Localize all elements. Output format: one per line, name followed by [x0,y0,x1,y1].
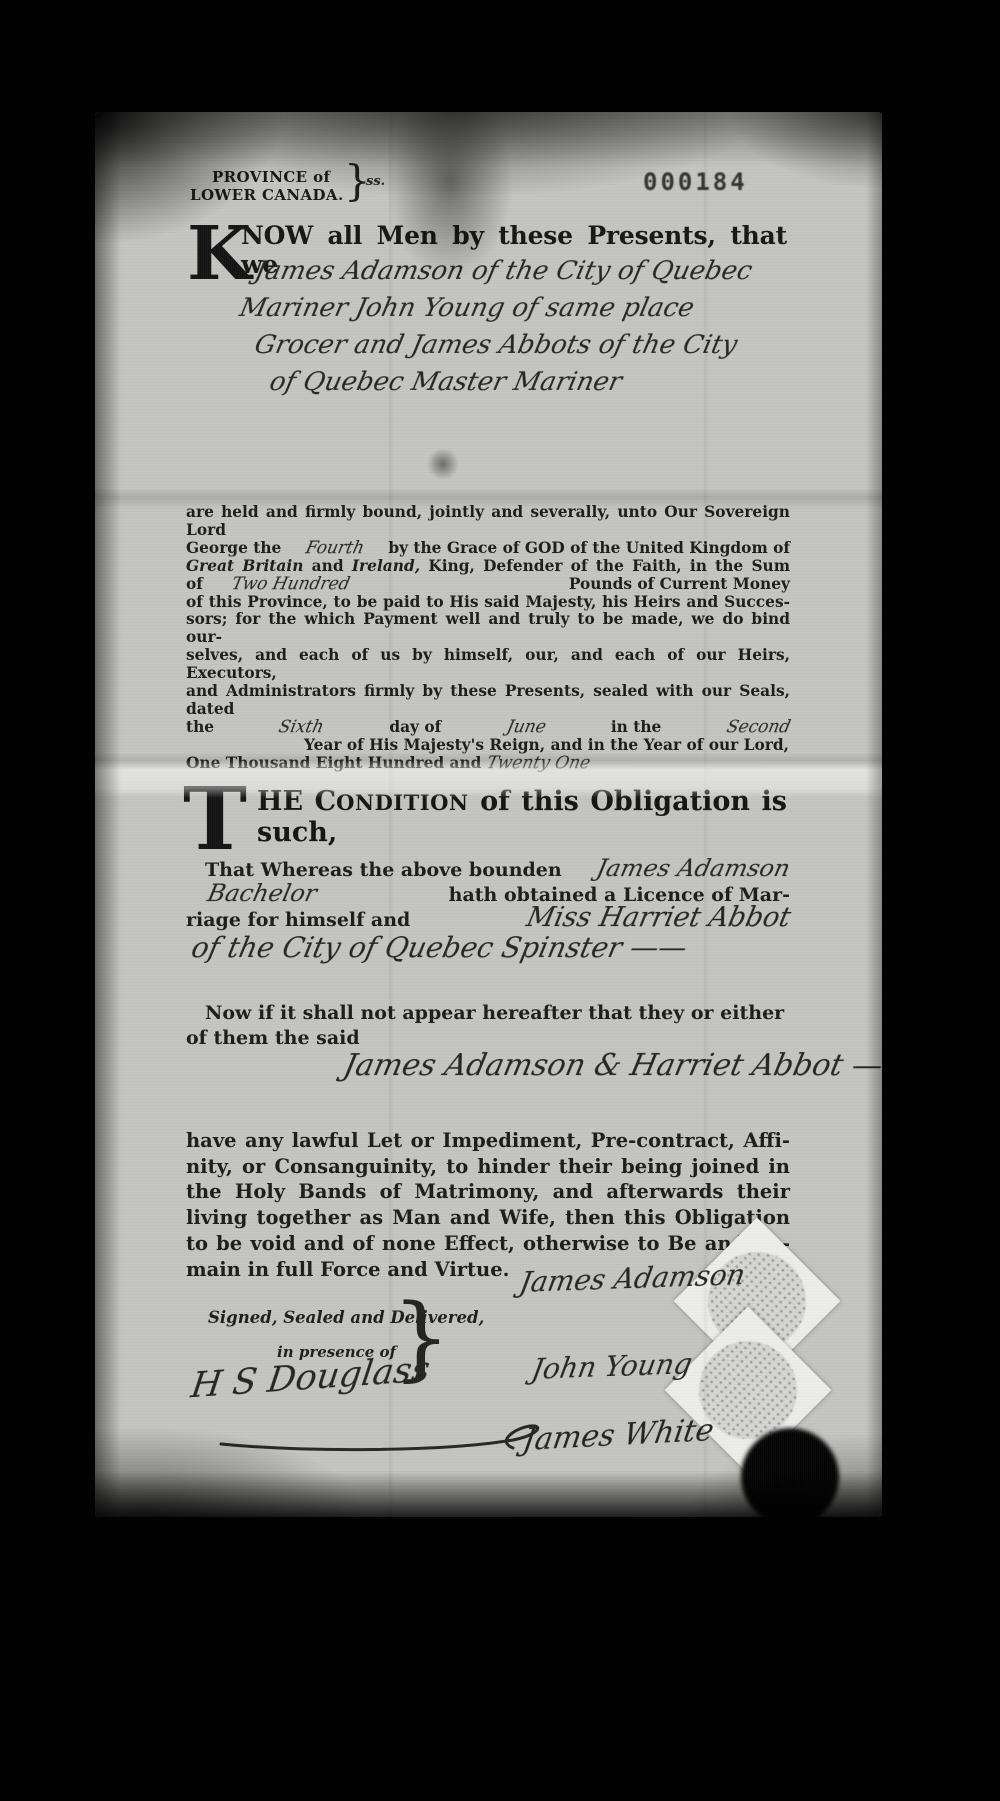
print-text: HE C [257,786,336,817]
bond-line: are held and firmly bound, jointly and s… [186,504,790,540]
print-text: day of [389,719,441,737]
handwritten-insert: Sixth [278,720,325,734]
signature-witness: H S Douglass [190,1350,431,1407]
signature-james-white: James White [522,1413,714,1458]
condition-line: Now if it shall not appear hereafter tha… [186,1001,790,1026]
print-text: the [186,719,214,737]
closing-line: have any lawful Let or Impediment, Pre-c… [186,1128,790,1154]
handwritten-line: James Adamson of the City of Quebec [251,253,756,290]
print-text: George the [186,540,281,558]
closing-line: living together as Man and Wife, then th… [186,1205,790,1231]
handwritten-insert: June [505,720,547,734]
handwritten-insert: Twenty One [485,756,591,770]
bond-line: the Sixth day of June in the Second [186,719,790,737]
print-text: by the Grace of GOD of the United Kingdo… [388,540,790,558]
bond-line: George the Fourth by the Grace of GOD of… [186,540,790,558]
bond-line: Great Britain and Ireland, King, Defende… [186,558,790,576]
signature-flourish [213,1422,553,1458]
province-heading: PROVINCE of LOWER CANADA. [212,168,344,204]
handwritten-line: of Quebec Master Mariner [266,364,625,401]
bond-line: sors; for the which Payment well and tru… [186,611,790,647]
handwritten-insert: Miss Harriet Abbot [525,909,792,927]
bond-paragraph: are held and firmly bound, jointly and s… [186,504,790,773]
closing-line: the Holy Bands of Matrimony, and afterwa… [186,1179,790,1205]
italic-text: Great Britain [186,557,303,575]
bond-line: selves, and each of us by himself, our, … [186,647,790,683]
print-text: of [186,576,203,594]
condition-body: That Whereas the above bounden James Ada… [186,858,790,1101]
handwritten-insert: Bachelor [206,884,318,902]
province-line2: LOWER CANADA. [190,186,344,204]
print-text: riage for himself and [186,908,410,933]
signature-text: John Young [529,1347,695,1386]
signature-text: H S Douglass [188,1349,432,1406]
ss-abbreviation: ss. [366,174,385,189]
handwritten-insert: James Adamson [595,859,792,877]
bound-parties-handwritten: James Adamson of the City of Quebec Mari… [95,253,835,401]
bond-line: Year of His Majesty's Reign, and in the … [304,737,790,755]
smallcaps-text: ONDITION [336,790,468,815]
closing-line: to be void and of none Effect, otherwise… [186,1231,790,1257]
bond-line: One Thousand Eight Hundred and Twenty On… [186,755,790,773]
handwritten-line: Mariner John Young of same place [236,290,697,327]
serial-number: 000184 [643,168,748,196]
print-text: Pounds of Current Money [569,576,790,594]
handwritten-insert: Fourth [304,541,365,555]
handwritten-insert: Two Hundred [231,577,352,591]
bond-line: of Two Hundred Pounds of Current Money [186,576,790,594]
handwritten-line: Grocer and James Abbots of the City [251,327,741,364]
condition-line: James Adamson & Harriet Abbot —— [186,1057,790,1101]
bond-line: of this Province, to be paid to His said… [186,594,790,612]
condition-heading: HE CONDITION of this Obligation is such, [257,786,787,848]
dropcap-t: T [183,786,247,853]
condition-line: riage for himself and Miss Harriet Abbot [186,908,790,933]
signature-text: James White [520,1413,716,1458]
print-text: King, Defender of the Faith, in the Sum [428,557,790,575]
print-text: in the [611,719,662,737]
handwritten-line: James Adamson & Harriet Abbot —— [342,1057,882,1075]
handwritten-line: of the City of Quebec Spinster —— [190,939,688,957]
handwritten-insert: Second [725,720,791,734]
ink-blot-seal-icon [741,1428,839,1517]
document-page: PROVINCE of LOWER CANADA. } ss. 000184 K… [95,112,882,1517]
signature-john-young: John Young [531,1347,692,1386]
condition-line: of the City of Quebec Spinster —— [186,939,790,973]
print-text: and [312,557,344,575]
italic-text: Ireland, [352,557,420,575]
province-line1: PROVINCE of [212,168,344,186]
bond-line: and Administrators firmly by these Prese… [186,683,790,719]
closing-line: nity, or Consanguinity, to hinder their … [186,1154,790,1180]
